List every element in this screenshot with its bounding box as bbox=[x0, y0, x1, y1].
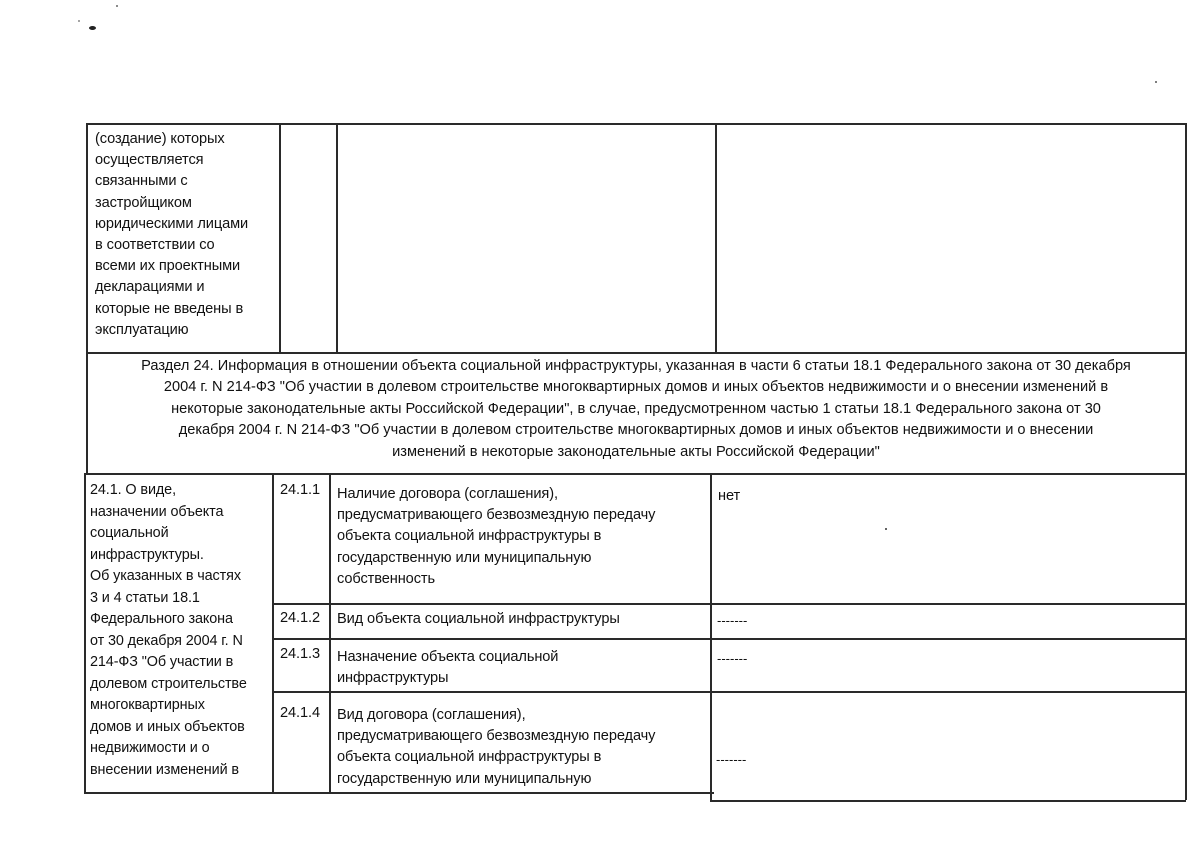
row-value: ------- bbox=[717, 648, 1177, 669]
row-code: 24.1.3 bbox=[280, 644, 328, 665]
table-border bbox=[84, 792, 714, 794]
section-24-header: Раздел 24. Информация в отношении объект… bbox=[88, 356, 1184, 463]
table-border bbox=[86, 473, 1186, 475]
scan-speck bbox=[1155, 81, 1157, 83]
row-label: Назначение объекта социальной инфраструк… bbox=[337, 647, 709, 689]
scan-speck bbox=[116, 5, 118, 7]
subsection-24-1-title: 24.1. О виде, назначении объекта социаль… bbox=[90, 480, 272, 781]
table-border bbox=[710, 473, 712, 801]
table-border bbox=[86, 352, 1186, 354]
row-value: нет bbox=[718, 486, 1178, 507]
table-border bbox=[1185, 123, 1187, 800]
table-border bbox=[272, 691, 1186, 693]
row-code: 24.1.2 bbox=[280, 608, 328, 629]
table-border bbox=[710, 800, 1186, 802]
scan-speck bbox=[78, 20, 80, 22]
table-border bbox=[84, 473, 86, 793]
row-label: Наличие договора (соглашения), предусмат… bbox=[337, 484, 709, 590]
table-border bbox=[329, 473, 331, 793]
row-code: 24.1.1 bbox=[280, 480, 328, 501]
table-border bbox=[272, 638, 1186, 640]
row-value: ------- bbox=[717, 610, 1177, 631]
table-border bbox=[272, 473, 274, 793]
row-value: ------- bbox=[716, 749, 1176, 770]
table-border bbox=[272, 603, 1186, 605]
scan-speck bbox=[885, 528, 887, 530]
scan-speck bbox=[89, 26, 96, 30]
row-label: Вид объекта социальной инфраструктуры bbox=[337, 609, 709, 630]
row-code: 24.1.4 bbox=[280, 703, 328, 724]
top-table-cell-description: (создание) которых осуществляется связан… bbox=[95, 129, 280, 341]
scanned-document-page: (создание) которых осуществляется связан… bbox=[0, 0, 1200, 851]
table-border bbox=[715, 123, 717, 353]
row-label: Вид договора (соглашения), предусматрива… bbox=[337, 705, 709, 790]
table-border bbox=[336, 123, 338, 353]
table-border bbox=[86, 123, 1186, 125]
